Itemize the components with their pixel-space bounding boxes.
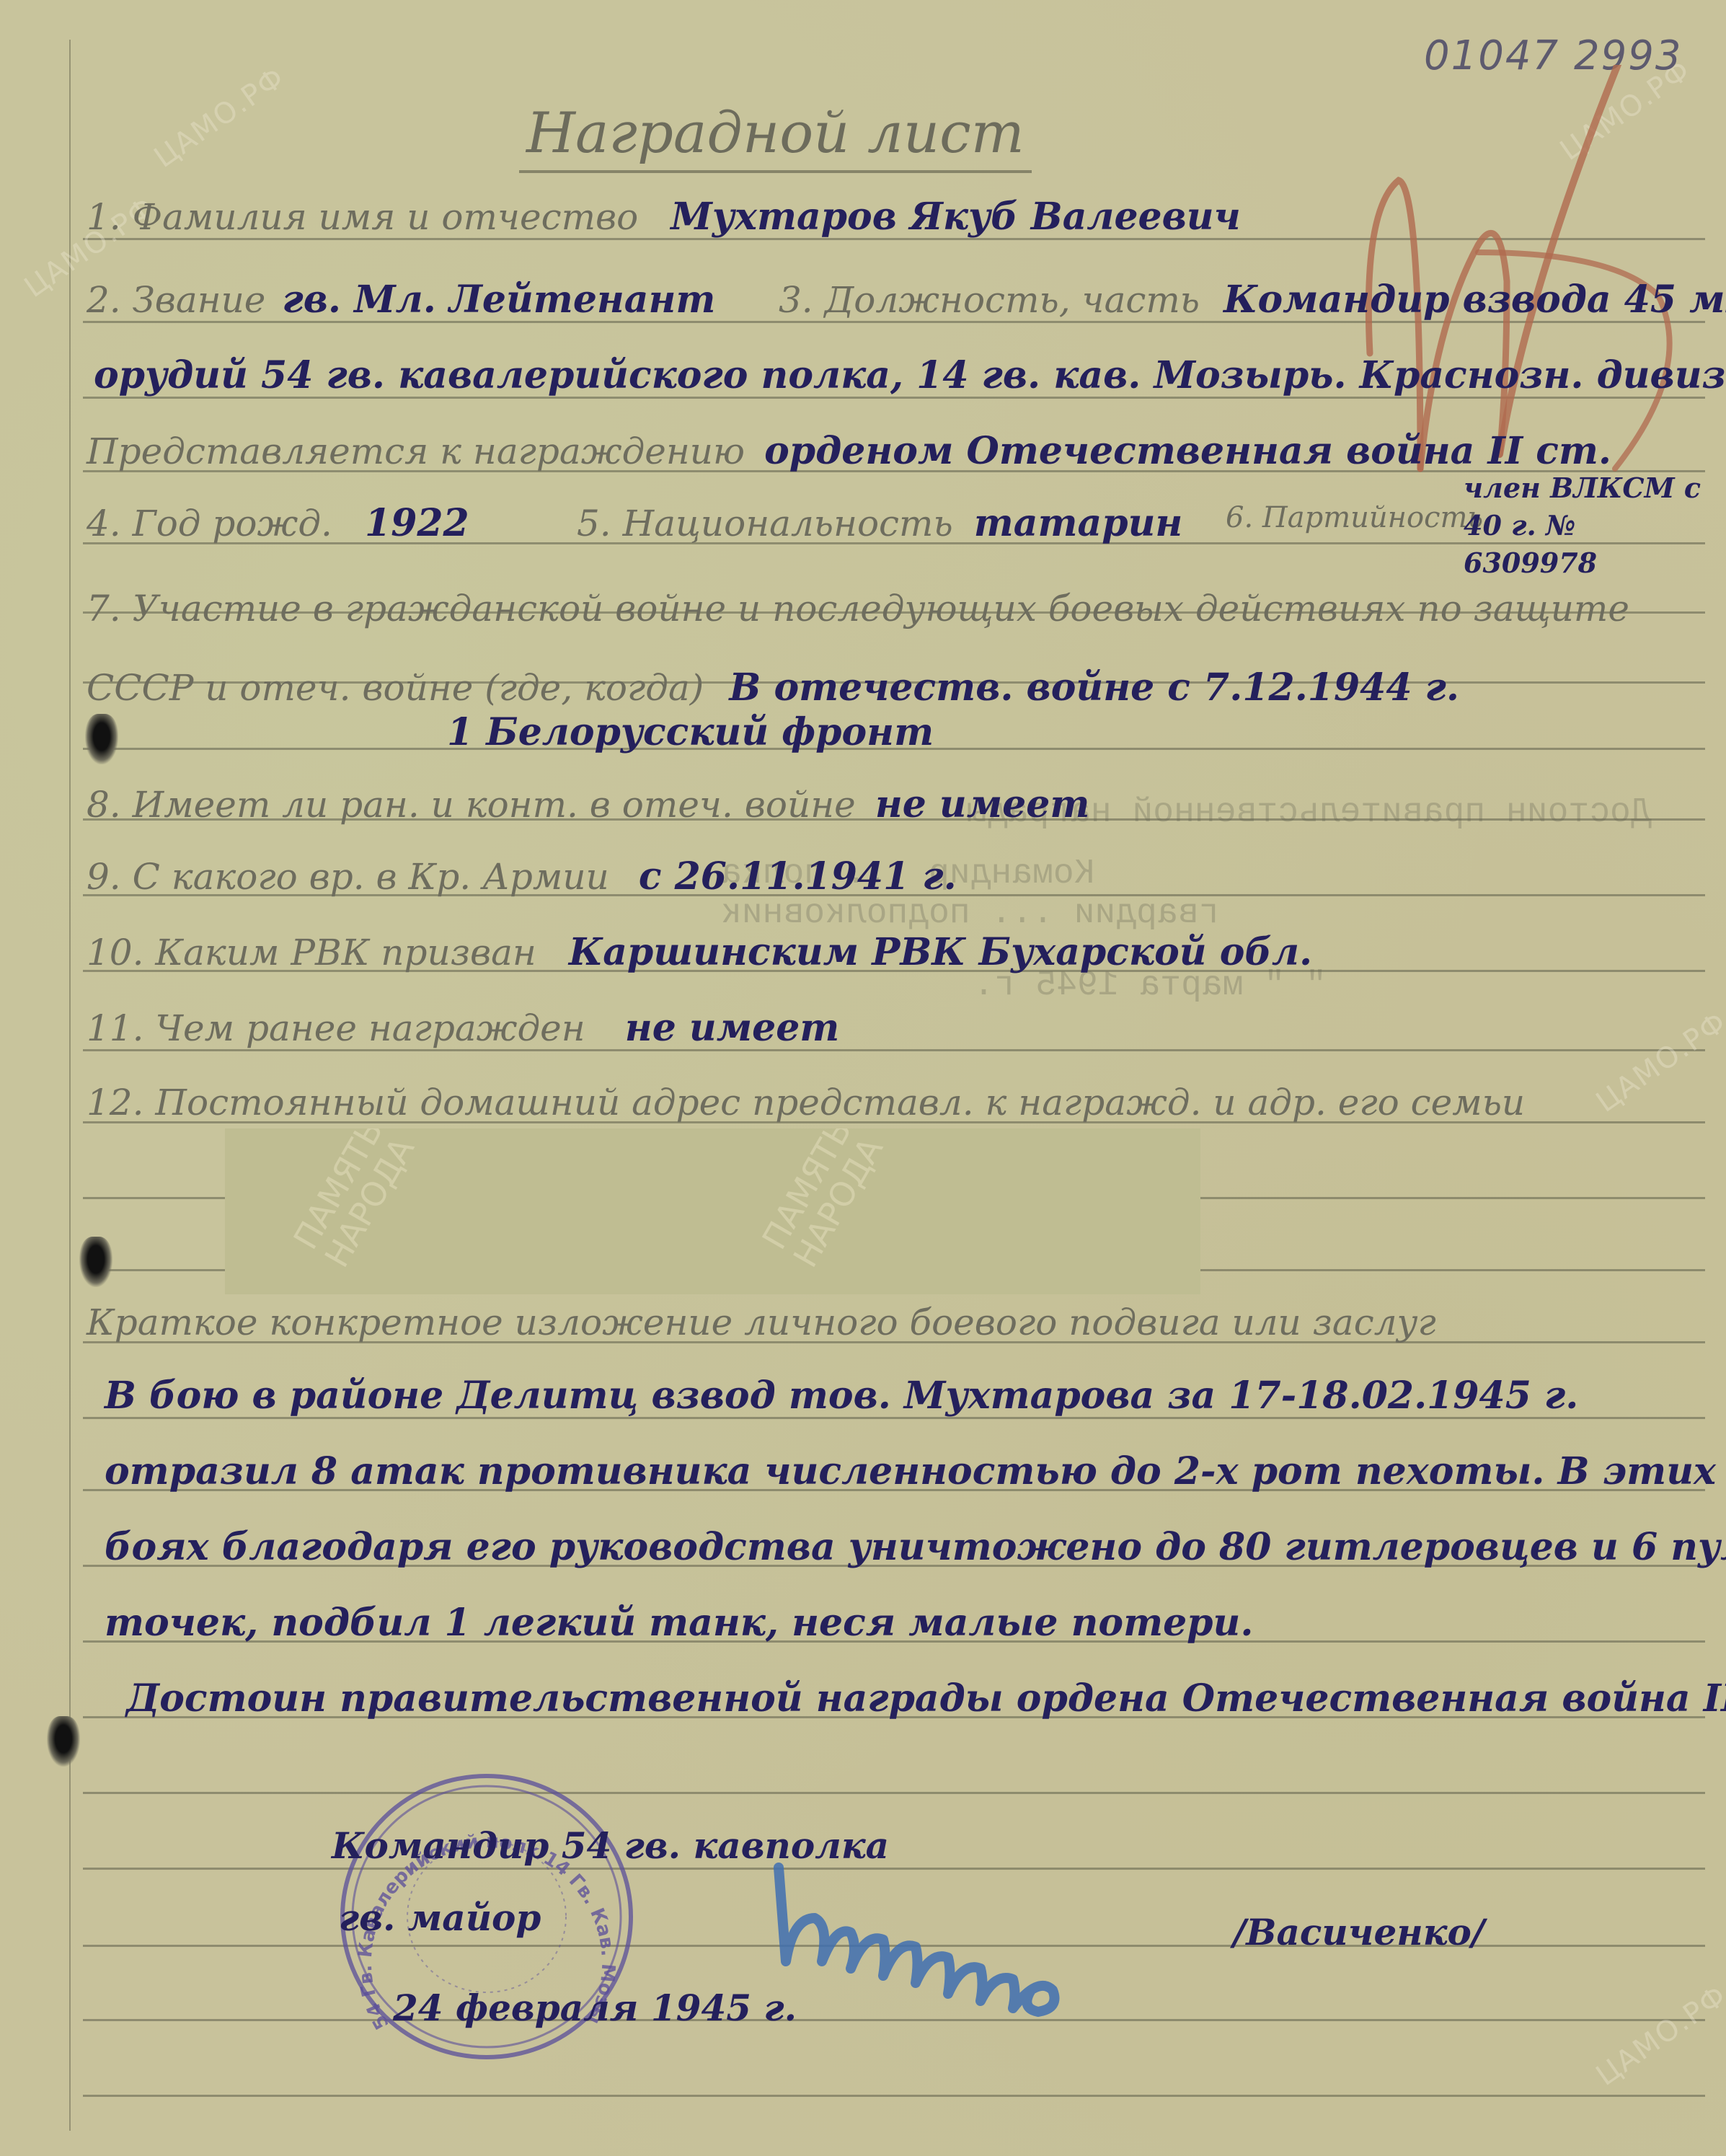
- field-row-wounds: 8. Имеет ли ран. и конт. в отеч. войне н…: [87, 782, 1089, 826]
- punch-hole: [47, 1716, 80, 1767]
- field-label: 10. Каким РВК призван: [87, 932, 536, 973]
- field-label: 11. Чем ранее награжден: [87, 1007, 585, 1049]
- handwritten-signature-icon: [764, 1853, 1211, 2019]
- ruled-line: [83, 2095, 1705, 2097]
- project-watermark: ПАМЯТЬНАРОДА: [756, 1128, 889, 1273]
- narrative-line: отразил 8 атак противника численностью д…: [105, 1449, 1716, 1493]
- field-value: 1 Белорусский фронт: [447, 710, 934, 754]
- field-row-draft-office: 10. Каким РВК призван Каршинским РВК Бух…: [87, 930, 1312, 974]
- field-row-position-cont: орудий 54 гв. кавалерийского полка, 14 г…: [94, 353, 1726, 397]
- field-label: 6. Партийность: [1226, 501, 1483, 534]
- field-value: орудий 54 гв. кавалерийского полка, 14 г…: [94, 353, 1726, 397]
- field-label: 12. Постоянный домашний адрес представл.…: [87, 1082, 1525, 1123]
- field-label: 4. Год рожд.: [87, 503, 332, 544]
- field-row-address: 12. Постоянный домашний адрес представл.…: [87, 1082, 1525, 1123]
- narrative-heading: Краткое конкретное изложение личного бое…: [87, 1302, 1436, 1343]
- field-value: не имеет: [625, 1006, 840, 1050]
- punch-hole: [79, 1237, 112, 1287]
- field-value: Мухтаров Якуб Валеевич: [671, 195, 1241, 239]
- bleed-through-text: гвардии ... подполковник: [721, 894, 1219, 933]
- field-label: 3. Должность, часть: [779, 279, 1200, 321]
- punch-hole: [85, 714, 118, 764]
- narrative-line: точек, подбил 1 легкий танк, неся малые …: [105, 1601, 1253, 1645]
- field-row-front: 1 Белорусский фронт: [447, 710, 934, 754]
- field-label: 8. Имеет ли ран. и конт. в отеч. войне: [87, 784, 856, 826]
- field-row-participation-label: 7. Участие в гражданской войне и последу…: [87, 573, 1694, 732]
- signer-rank: гв. майор: [339, 1896, 541, 1939]
- field-row-rank: 2. Звание гв. Мл. Лейтенант: [87, 278, 715, 322]
- field-row-position: 3. Должность, часть Командир взвода 45 м…: [779, 278, 1726, 322]
- field-label: Представляется к награждению: [87, 430, 745, 472]
- field-value: 1922: [365, 501, 469, 545]
- archive-watermark: ЦАМО.РФ: [1590, 1979, 1726, 2093]
- field-value: Командир взвода 45 мм: [1223, 278, 1726, 322]
- field-label: 9. С какого вр. в Кр. Армии: [87, 856, 609, 898]
- narrative-line: В бою в районе Делитц взвод тов. Мухтаро…: [105, 1374, 1578, 1418]
- field-label: 1. Фамилия имя и отчество: [87, 196, 638, 238]
- left-margin-line: [69, 40, 71, 2131]
- redacted-address-block: ПАМЯТЬНАРОДА ПАМЯТЬНАРОДА: [225, 1128, 1200, 1294]
- field-row-nationality: 5. Национальность татарин: [577, 501, 1182, 545]
- field-row-army-since: 9. С какого вр. в Кр. Армии с 26.11.1941…: [87, 854, 957, 898]
- signature-date: 24 февраля 1945 г.: [393, 1987, 797, 2029]
- field-label: 5. Национальность: [577, 503, 953, 544]
- signer-name: /Васиченко/: [1233, 1911, 1484, 1953]
- narrative-line: Достоин правительственной награды ордена…: [126, 1676, 1726, 1720]
- field-row-award: Представляется к награждению орденом Оте…: [87, 429, 1611, 473]
- field-value: орденом Отечественная война II ст.: [764, 429, 1611, 473]
- field-value: гв. Мл. Лейтенант: [282, 278, 715, 322]
- archive-watermark: ЦАМО.РФ: [1590, 1005, 1726, 1119]
- field-row-name: 1. Фамилия имя и отчество Мухтаров Якуб …: [87, 195, 1241, 239]
- archive-watermark: ЦАМО.РФ: [149, 61, 291, 174]
- document-title: Наградной лист: [519, 101, 1032, 173]
- field-value: татарин: [974, 501, 1183, 545]
- narrative-label: Краткое конкретное изложение личного бое…: [87, 1302, 1436, 1343]
- field-value: с 26.11.1941 г.: [639, 854, 957, 898]
- field-value: В отечеств. войне с 7.12.1944 г.: [729, 666, 1459, 710]
- field-label: 2. Звание: [87, 279, 265, 321]
- field-value: Каршинским РВК Бухарской обл.: [569, 930, 1312, 974]
- field-value: член ВЛКСМ с 40 г. № 6309978: [1464, 472, 1701, 579]
- field-value: не имеет: [875, 782, 1090, 826]
- field-row-party-value: член ВЛКСМ с 40 г. № 6309978: [1464, 472, 1701, 585]
- field-row-birth-year: 4. Год рожд. 1922: [87, 501, 469, 545]
- field-row-party: 6. Партийность: [1226, 501, 1483, 534]
- narrative-line: боях благодаря его руководства уничтожен…: [105, 1525, 1726, 1569]
- field-row-previous-awards: 11. Чем ранее награжден не имеет: [87, 1006, 839, 1050]
- document-page: ЦАМО.РФ ЦАМО.РФ ЦАМО.РФ ЦАМО.РФ ЦАМО.РФ …: [0, 0, 1726, 2156]
- project-watermark: ПАМЯТЬНАРОДА: [287, 1128, 420, 1273]
